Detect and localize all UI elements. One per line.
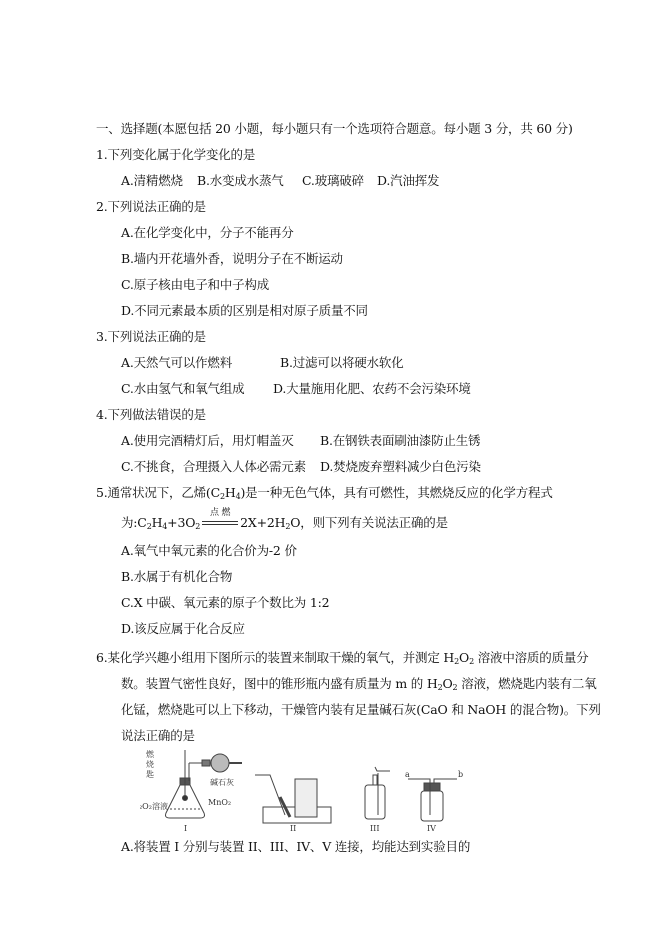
- question-2-option-c: C.原子核由电子和中子构成: [121, 277, 269, 293]
- question-4-option-c: C.不挑食，合理摄入人体必需元素: [121, 459, 306, 475]
- label-apparatus-iii: III: [370, 824, 379, 833]
- question-4-option-b: B.在钢铁表面刷油漆防止生锈: [320, 433, 480, 449]
- label-mno2: MnO₂: [208, 798, 231, 807]
- stem-text: 溶液中溶质的质量分: [474, 650, 588, 665]
- apparatus-figure: 燃 烧 匙 碱石灰 MnO₂ H₂O₂溶液 a b I II III IV: [140, 745, 480, 835]
- question-3-option-c: C.水由氢气和氧气组成: [121, 381, 244, 397]
- question-5-equation: 为:C2H4+3O2点 燃2X+2H2O，则下列有关说法正确的是: [121, 515, 448, 531]
- equation-text: O，则下列有关说法正确的是: [290, 515, 448, 530]
- question-2-stem: 2.下列说法正确的是: [96, 199, 206, 215]
- question-1-option-c: C.玻璃破碎: [302, 173, 364, 189]
- question-5-option-b: B.水属于有机化合物: [121, 569, 232, 585]
- question-1-stem: 1.下列变化属于化学变化的是: [96, 147, 255, 163]
- question-6-option-a: A.将装置 I 分别与装置 II、III、IV、V 连接，均能达到实验目的: [121, 839, 470, 855]
- label-port-a: a: [405, 770, 410, 779]
- question-6-stem-line-2: 数。装置气密性良好，图中的锥形瓶内盛有质量为 m 的 H2O2 溶液，燃烧匙内装…: [121, 676, 597, 692]
- question-2-option-b: B.墙内开花墙外香，说明分子在不断运动: [121, 251, 343, 267]
- stem-text: 5.通常状况下，乙烯(C: [96, 485, 220, 500]
- apparatus-diagram: 燃 烧 匙 碱石灰 MnO₂ H₂O₂溶液 a b I II III IV: [140, 745, 480, 835]
- question-5-option-a: A.氧气中氧元素的化合价为-2 价: [121, 543, 297, 559]
- question-5-option-c: C.X 中碳、氧元素的原子个数比为 1:2: [121, 595, 329, 611]
- question-1-option-d: D.汽油挥发: [377, 173, 439, 189]
- subscript: 2: [195, 522, 200, 531]
- question-3-stem: 3.下列说法正确的是: [96, 329, 206, 345]
- stem-text: H: [225, 485, 236, 500]
- question-1-option-b: B.水变成水蒸气: [197, 173, 284, 189]
- question-1-option-a: A.清精燃烧: [121, 173, 183, 189]
- question-4-stem: 4.下列做法错误的是: [96, 407, 206, 423]
- question-4-option-d: D.焚烧废弃塑料减少白色污染: [320, 459, 481, 475]
- label-spoon: 匙: [146, 769, 154, 779]
- equation-text: 2X+2H: [240, 515, 285, 530]
- label-apparatus-iv: IV: [427, 824, 436, 833]
- reaction-condition: 点 燃: [202, 509, 238, 518]
- stem-text: O: [442, 676, 452, 691]
- label-spoon: 燃: [146, 749, 155, 759]
- stem-text: O: [459, 650, 469, 665]
- question-5-option-d: D.该反应属于化合反应: [121, 621, 245, 637]
- question-2-option-a: A.在化学变化中，分子不能再分: [121, 225, 294, 241]
- question-5-stem: 5.通常状况下，乙烯(C2H4)是一种无色气体，具有可燃性，其燃烧反应的化学方程…: [96, 485, 553, 501]
- stem-text: 6.某化学兴趣小组用下图所示的装置来制取干燥的氧气，并测定 H: [96, 650, 454, 665]
- label-soda-lime: 碱石灰: [210, 777, 234, 787]
- stem-text: )是一种无色气体，具有可燃性，其燃烧反应的化学方程式: [240, 485, 552, 500]
- question-3-option-a: A.天然气可以作燃料: [121, 355, 232, 371]
- label-port-b: b: [458, 770, 463, 779]
- label-h2o2-solution: H₂O₂溶液: [140, 801, 168, 811]
- equation-text: H: [152, 515, 163, 530]
- label-spoon: 烧: [146, 759, 154, 769]
- stem-text: 数。装置气密性良好，图中的锥形瓶内盛有质量为 m 的 H: [121, 676, 438, 691]
- question-3-option-b: B.过滤可以将硬水软化: [280, 355, 403, 371]
- question-6-stem-line-3: 化锰，燃烧匙可以上下移动，干燥管内装有足量碱石灰(CaO 和 NaOH 的混合物…: [121, 702, 601, 718]
- stem-text: 溶液，燃烧匙内装有二氧: [457, 676, 596, 691]
- question-3-option-d: D.大量施用化肥、农药不会污染环境: [273, 381, 471, 397]
- question-2-option-d: D.不同元素最本质的区别是相对原子质量不同: [121, 303, 368, 319]
- question-6-stem-line-1: 6.某化学兴趣小组用下图所示的装置来制取干燥的氧气，并测定 H2O2 溶液中溶质…: [96, 650, 588, 666]
- label-apparatus-ii: II: [290, 824, 296, 833]
- equation-text: 为:C: [121, 515, 147, 530]
- question-4-option-a: A.使用完酒精灯后，用灯帽盖灭: [121, 433, 294, 449]
- reaction-arrow: 点 燃: [202, 515, 238, 529]
- section-heading: 一、选择题(本愿包括 20 小题，每小题只有一个选项符合题意。每小题 3 分，共…: [96, 121, 573, 137]
- question-6-stem-line-4: 说法正确的是: [121, 728, 195, 744]
- equation-text: +3O: [167, 515, 195, 530]
- label-apparatus-i: I: [184, 824, 187, 833]
